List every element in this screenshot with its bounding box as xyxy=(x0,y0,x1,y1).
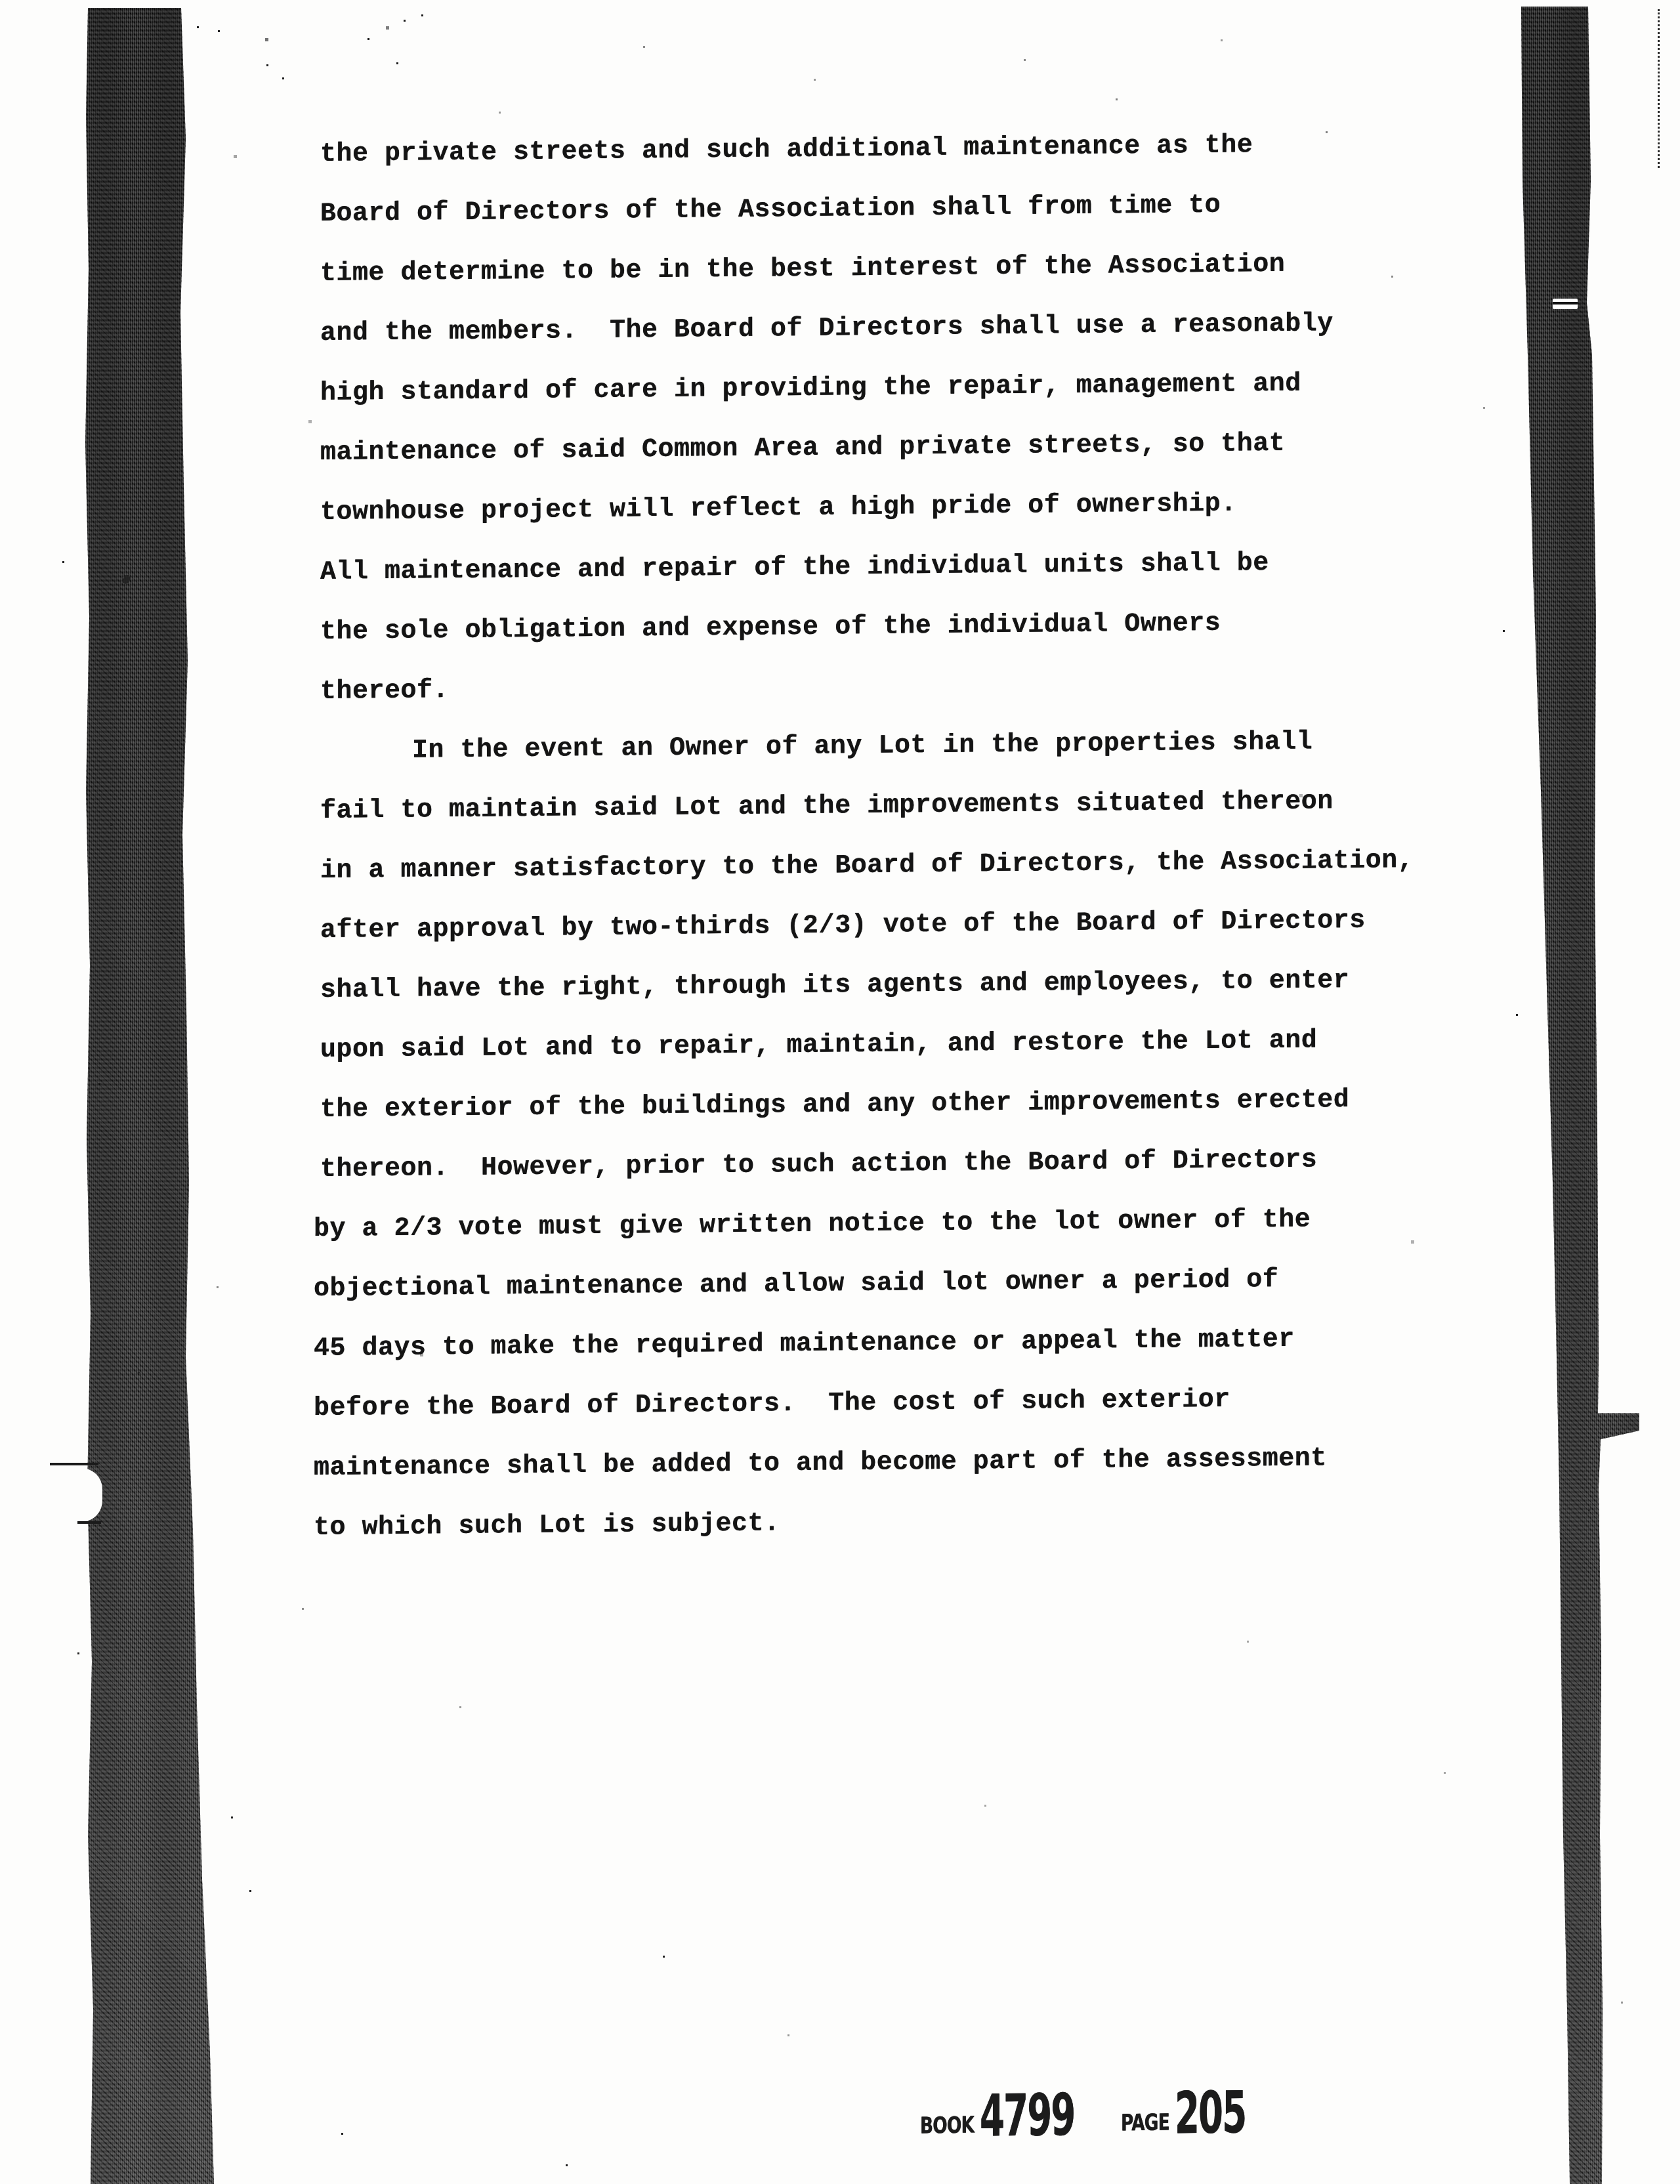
text-line: to which such Lot is subject. xyxy=(314,1487,1488,1558)
stamp-book-number: 4799 xyxy=(980,2093,1074,2139)
text-line: the sole obligation and expense of the i… xyxy=(320,591,1488,662)
text-line: Board of Directors of the Association sh… xyxy=(320,173,1488,244)
text-line: time determine to be in the best interes… xyxy=(320,233,1488,304)
text-line-paragraph-start: In the event an Owner of any Lot in the … xyxy=(320,711,1488,782)
text-line: 45 days to make the required maintenance… xyxy=(314,1308,1488,1379)
text-line: fail to maintain said Lot and the improv… xyxy=(320,770,1488,841)
document-body: the private streets and such additional … xyxy=(320,114,1488,1558)
right-bar-white-dash xyxy=(1553,299,1578,309)
text-line: maintenance shall be added to and become… xyxy=(314,1427,1488,1498)
text-line: thereon. However, prior to such action t… xyxy=(320,1129,1488,1200)
notch-line-bottom xyxy=(77,1521,101,1524)
text-line: shall have the right, through its agents… xyxy=(320,950,1488,1020)
text-line: in a manner satisfactory to the Board of… xyxy=(320,830,1488,901)
text-line: maintenance of said Common Area and priv… xyxy=(320,412,1488,483)
text-line: upon said Lot and to repair, maintain, a… xyxy=(320,1009,1488,1080)
text-line: townhouse project will reflect a high pr… xyxy=(320,472,1488,543)
book-page-stamp: BOOK 4799 PAGE 205 xyxy=(920,2089,1290,2139)
binding-scan-bar-left xyxy=(84,8,218,2184)
text-line: the private streets and such additional … xyxy=(320,114,1488,184)
scan-dotted-line xyxy=(1658,9,1660,168)
text-line: All maintenance and repair of the indivi… xyxy=(320,532,1488,602)
text-line: and the members. The Board of Directors … xyxy=(320,293,1488,364)
stamp-page-number: 205 xyxy=(1175,2090,1246,2136)
scanned-page: the private streets and such additional … xyxy=(0,0,1680,2184)
binding-scan-bar-right xyxy=(1515,7,1646,2184)
text-line: before the Board of Directors. The cost … xyxy=(314,1368,1488,1438)
stamp-book-label: BOOK xyxy=(920,2114,974,2135)
text-line: after approval by two-thirds (2/3) vote … xyxy=(320,890,1488,961)
text-line: thereof. xyxy=(320,651,1488,722)
dust-speckles-large xyxy=(0,0,3,3)
text-line: by a 2/3 vote must give written notice t… xyxy=(314,1188,1488,1259)
text-line: objectional maintenance and allow said l… xyxy=(314,1248,1488,1319)
text-line: the exterior of the buildings and any ot… xyxy=(320,1069,1488,1140)
notch-line-top xyxy=(50,1463,98,1465)
text-line: high standard of care in providing the r… xyxy=(320,352,1488,423)
stamp-page-label: PAGE xyxy=(1121,2112,1169,2133)
